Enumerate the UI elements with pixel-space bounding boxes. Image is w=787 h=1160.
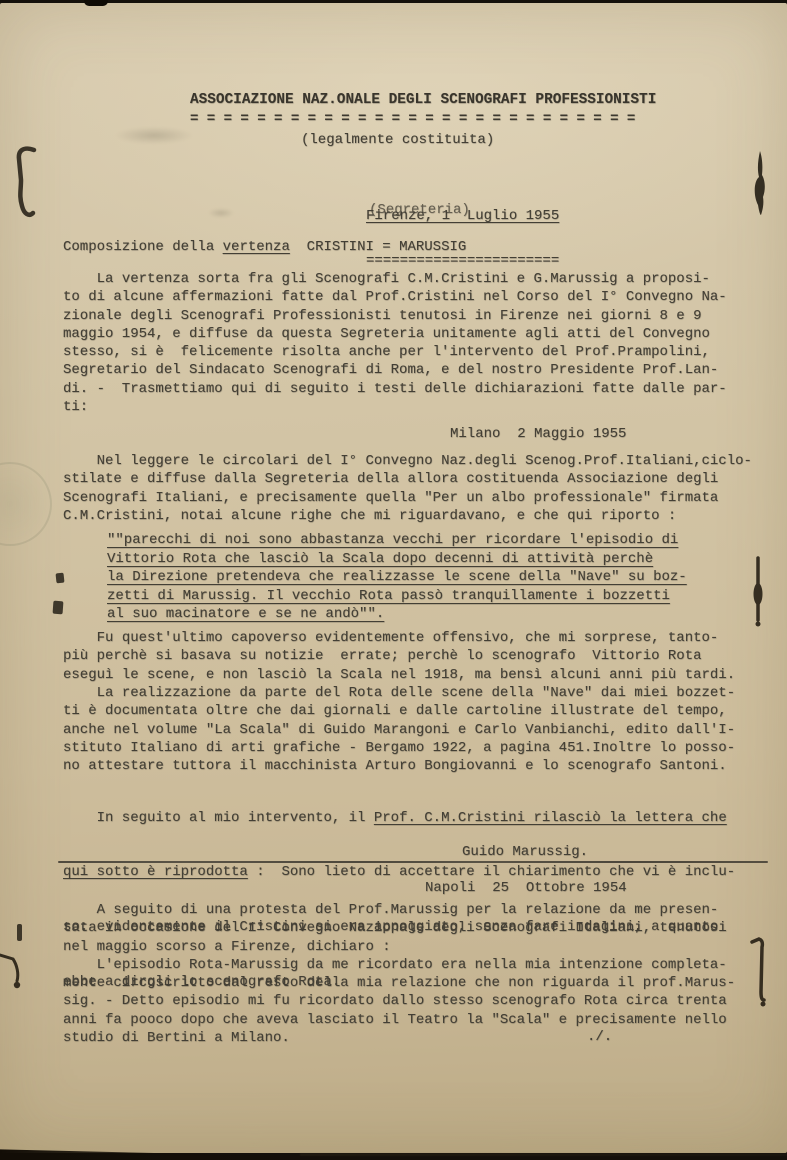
paper-bottom-edge bbox=[300, 1153, 787, 1156]
subject-pre: Composizione della bbox=[63, 239, 223, 255]
scanned-letter-page: { "letterhead": { "organization": "ASSOC… bbox=[0, 0, 787, 1160]
secretariat-line: (Segreteria) bbox=[369, 201, 470, 219]
date-napoli: Napoli 25 Ottobre 1954 bbox=[425, 879, 627, 897]
signature-marussig: Guido Marussig. bbox=[462, 843, 588, 861]
paragraph-5-line-1: In seguito al mio intervento, il Prof. C… bbox=[63, 809, 735, 827]
ink-dot-left-2 bbox=[53, 601, 64, 615]
date-milano: Milano 2 Maggio 1955 bbox=[450, 425, 626, 443]
ink-bracket-left-top bbox=[10, 144, 40, 222]
pencil-smudge-small bbox=[208, 208, 234, 218]
subject-post: CRISTINI = MARUSSIG bbox=[290, 239, 466, 255]
ink-stroke-right-top bbox=[750, 150, 768, 218]
ink-stroke-right-middle bbox=[750, 556, 766, 628]
subject-keyword: vertenza bbox=[223, 239, 290, 255]
paragraph-5-line-2: qui sotto è riprodotta : Sono lieto di a… bbox=[63, 863, 735, 881]
body-paragraph-1: La vertenza sorta fra gli Scenografi C.M… bbox=[63, 270, 727, 416]
ink-dash-left-bottom bbox=[17, 924, 22, 941]
letterhead-legal-status: (legalmente costituita) bbox=[301, 131, 494, 149]
ink-bracket-right-bottom bbox=[748, 936, 766, 1010]
p5-l1-underlined: Prof. C.M.Cristini rilasciò la lettera c… bbox=[374, 810, 727, 826]
letterhead-organization: ASSOCIAZIONE NAZ.ONALE DEGLI SCENOGRAFI … bbox=[190, 91, 656, 109]
letterhead-rule: = = = = = = = = = = = = = = = = = = = = … bbox=[190, 110, 635, 128]
subject-line: Composizione della vertenza CRISTINI = M… bbox=[63, 238, 466, 256]
body-paragraph-3: Fu quest'ultimo capoverso evidentemente … bbox=[63, 629, 735, 684]
body-paragraph-6: A seguito di una protesta del Prof.Marus… bbox=[63, 901, 735, 1047]
p5-l2-underlined: qui sotto è riprodotta bbox=[63, 864, 248, 880]
ink-hook-left-bottom bbox=[0, 948, 28, 994]
body-paragraph-2: Nel leggere le circolari del I° Convegno… bbox=[63, 452, 752, 525]
scan-edge-notch bbox=[84, 0, 108, 6]
body-paragraph-4: La realizzazione da parte del Rota delle… bbox=[63, 684, 735, 775]
separator-line bbox=[58, 861, 768, 863]
pencil-smudge bbox=[116, 127, 192, 144]
quoted-passage: ""parecchi di noi sono abbastanza vecchi… bbox=[107, 531, 687, 624]
ink-dot-left-1 bbox=[55, 573, 64, 584]
continuation-mark: ./. bbox=[587, 1028, 612, 1046]
p5-l1-pre: In seguito al mio intervento, il bbox=[63, 810, 374, 826]
